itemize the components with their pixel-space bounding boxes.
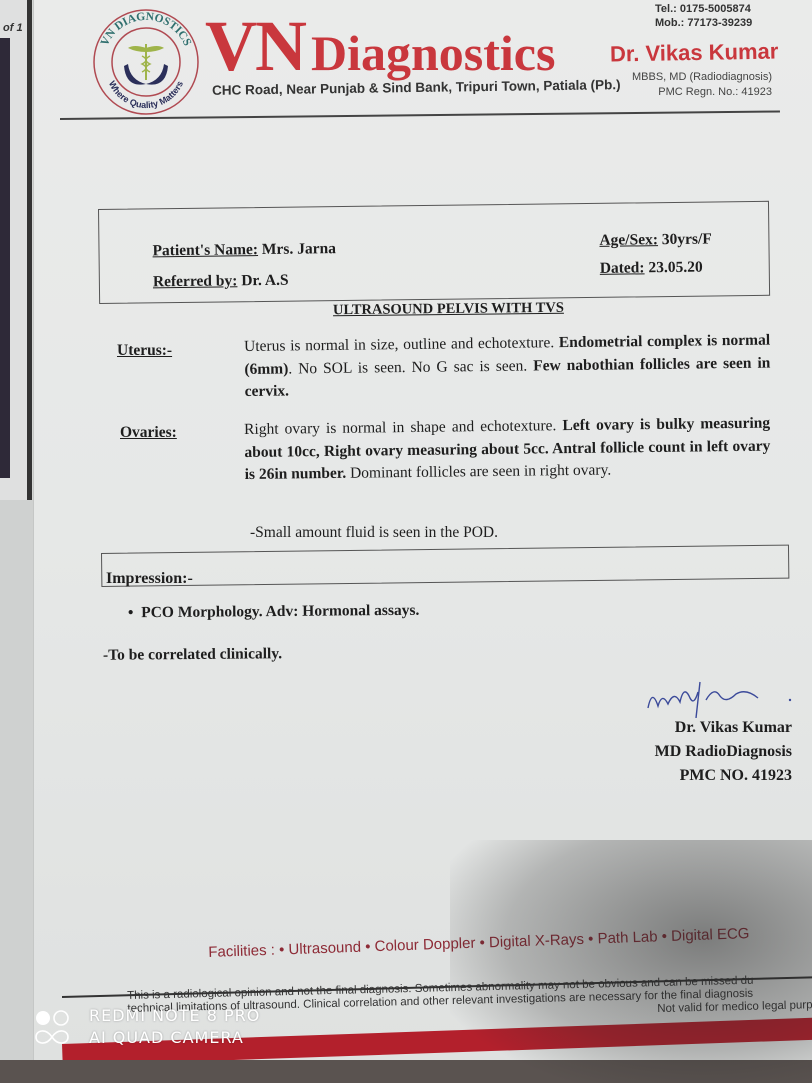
contact-info: Tel.: 0175-5005874 Mob.: 77173-39239: [655, 2, 752, 30]
brand-initials: VN: [205, 6, 305, 86]
header-doctor-name: Dr. Vikas Kumar: [610, 39, 779, 68]
mobile: Mob.: 77173-39239: [655, 16, 752, 30]
ovaries-label: Ovaries:: [120, 424, 177, 442]
telephone: Tel.: 0175-5005874: [655, 2, 752, 16]
ovaries-findings: Right ovary is normal in shape and echot…: [244, 413, 771, 487]
brand-title: VNDiagnostics: [205, 10, 555, 82]
table-surface: [0, 1060, 812, 1083]
impression-label: Impression:-: [106, 570, 193, 588]
doctor-registration: PMC Regn. No.: 41923: [632, 85, 772, 100]
patient-name-value: Mrs. Jarna: [262, 240, 336, 258]
signature-block: Dr. Vikas Kumar MD RadioDiagnosis PMC NO…: [620, 716, 792, 788]
doctor-degree: MBBS, MD (Radiodiagnosis): [632, 70, 772, 85]
camera-tagline: AI QUAD CAMERA: [89, 1027, 260, 1049]
camera-model: REDMI NOTE 8 PRO: [89, 1005, 260, 1027]
signatory-name: Dr. Vikas Kumar: [620, 716, 792, 740]
impression-item-text: PCO Morphology. Adv: Hormonal assays.: [141, 602, 419, 621]
vn-diagnostics-logo-icon: VN DIAGNOSTICS Where Quality Matters: [90, 8, 202, 116]
camera-watermark-text: REDMI NOTE 8 PRO AI QUAD CAMERA: [89, 1005, 260, 1049]
uterus-text-1: Uterus is normal in size, outline and ec…: [244, 334, 559, 355]
uterus-findings: Uterus is normal in size, outline and ec…: [244, 330, 771, 404]
age-sex-label: Age/Sex:: [599, 231, 658, 249]
svg-text:VN DIAGNOSTICS: VN DIAGNOSTICS: [99, 11, 194, 48]
impression-item: • PCO Morphology. Adv: Hormonal assays.: [128, 602, 420, 623]
referred-by-value: Dr. A.S: [241, 272, 288, 290]
patient-name-field: Patient's Name: Mrs. Jarna: [152, 240, 336, 260]
camera-watermark-logo-icon: [34, 1008, 74, 1046]
dated-label: Dated:: [600, 259, 645, 277]
patient-info-box: Patient's Name: Mrs. Jarna Referred by: …: [98, 201, 770, 304]
uterus-text-3: . No SOL is seen. No G sac is seen.: [288, 357, 533, 377]
referred-by-field: Referred by: Dr. A.S: [153, 272, 289, 292]
ovaries-text-1: Right ovary is normal in shape and echot…: [244, 417, 563, 438]
background: [0, 500, 36, 1083]
pdf-viewer-thumbnail-strip: of 1: [0, 0, 32, 500]
signatory-pmc-number: PMC NO. 41923: [620, 764, 792, 788]
patient-name-label: Patient's Name:: [152, 241, 258, 259]
referred-by-label: Referred by:: [153, 272, 238, 290]
dated-value: 23.05.20: [648, 259, 702, 277]
page-indicator: of 1: [3, 22, 23, 34]
bullet-icon: •: [128, 604, 141, 621]
ovaries-text-3: Dominant follicles are seen in right ova…: [346, 462, 611, 482]
doctor-qualifications: MBBS, MD (Radiodiagnosis) PMC Regn. No.:…: [632, 70, 772, 100]
uterus-label: Uterus:-: [117, 342, 172, 360]
dated-field: Dated: 23.05.20: [600, 259, 703, 278]
signatory-degree: MD RadioDiagnosis: [620, 740, 792, 764]
brand-name: Diagnostics: [311, 25, 555, 81]
age-sex-field: Age/Sex: 30yrs/F: [599, 231, 712, 250]
signature-scribble-icon: [640, 678, 800, 718]
age-sex-value: 30yrs/F: [662, 231, 712, 249]
thumbnail-preview: [0, 38, 10, 478]
fluid-note: -Small amount fluid is seen in the POD.: [250, 524, 498, 542]
report-title: ULTRASOUND PELVIS WITH TVS: [333, 300, 564, 319]
correlation-note: -To be correlated clinically.: [103, 645, 282, 665]
